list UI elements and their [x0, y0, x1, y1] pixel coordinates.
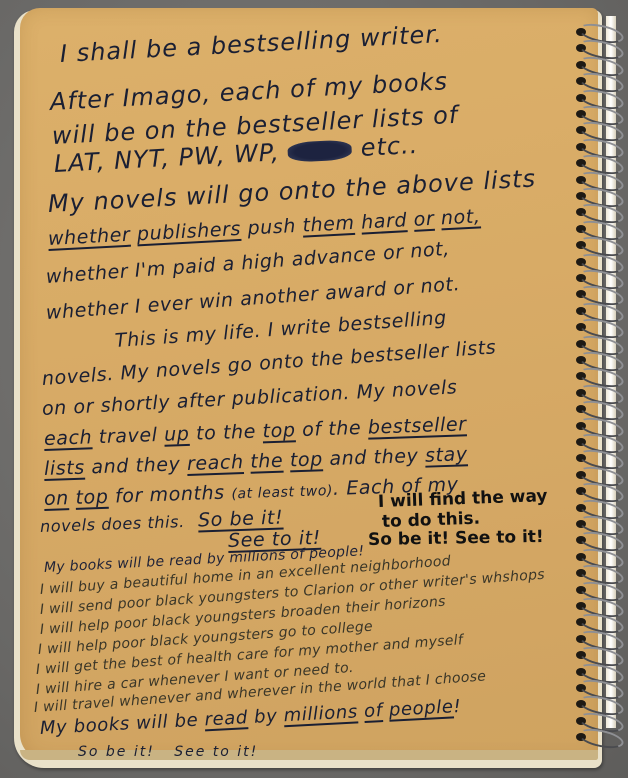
parenthetical: (at least two)	[231, 483, 333, 503]
underlined-word: not,	[440, 205, 481, 229]
underlined-word: bestseller	[368, 413, 467, 438]
word: novels does this.	[40, 512, 185, 536]
underlined-word: publishers	[136, 218, 241, 245]
word: My books will be	[39, 710, 198, 739]
handwritten-text: I shall be a bestselling writer. After I…	[0, 0, 628, 778]
word: for months	[115, 482, 225, 508]
word: !	[453, 696, 462, 717]
underlined-word: on	[44, 487, 70, 510]
word: and they	[329, 445, 419, 470]
redacted-scribble	[288, 139, 353, 162]
underlined-word: hard	[361, 209, 408, 233]
word: of the	[302, 417, 362, 441]
word: by	[254, 706, 278, 728]
word: to the	[196, 421, 257, 445]
text-line-1: I shall be a bestselling writer.	[59, 20, 443, 68]
side-note-line-3: So be it! See to it!	[368, 527, 544, 550]
underlined-word: millions	[283, 701, 358, 726]
underlined-word: or	[413, 208, 435, 231]
word: and they	[91, 453, 181, 478]
underlined-word: top	[289, 448, 323, 471]
word: push	[247, 215, 297, 240]
closing-signoff: So be it! See to it!	[78, 744, 258, 760]
underlined-word: each	[44, 426, 93, 450]
underlined-word: reach	[187, 451, 244, 475]
underlined-word: top	[75, 486, 109, 509]
underlined-word: the	[250, 450, 284, 473]
underlined-word: up	[164, 423, 190, 446]
etc-text: etc..	[360, 131, 419, 162]
word: travel	[98, 424, 157, 448]
underlined-word: read	[204, 707, 248, 730]
underlined-word: top	[262, 419, 296, 442]
underlined-word: people	[388, 696, 454, 720]
underlined-word: lists	[44, 457, 86, 480]
underlined-word: of	[364, 700, 384, 722]
underlined-word: whether	[47, 224, 131, 250]
underlined-word: stay	[425, 443, 468, 466]
underlined-word: them	[302, 212, 355, 237]
